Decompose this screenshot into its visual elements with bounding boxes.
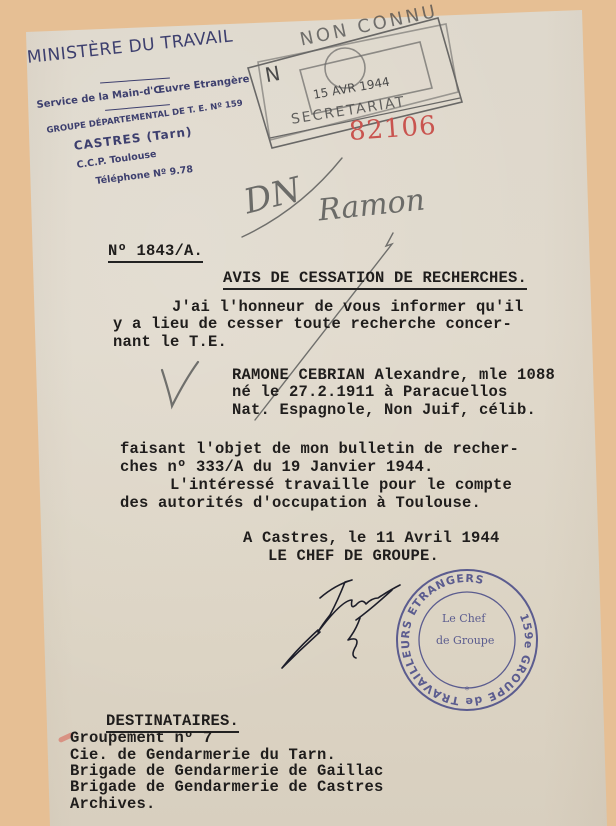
recipient-item-5: Archives. [70, 795, 156, 813]
recipient-item-1: Groupement nº 7 [70, 729, 213, 747]
document-title: AVIS DE CESSATION DE RECHERCHES. [185, 251, 527, 305]
signatory-title: LE CHEF DE GROUPE. [268, 547, 439, 565]
recipient-item-4: Brigade de Gendarmerie de Castres [70, 778, 384, 796]
reference-number: Nº 1843/A. [70, 224, 203, 278]
body-line-3: nant le T.E. [113, 333, 227, 351]
round-stamp-center-line-2: de Groupe [436, 634, 494, 647]
subject-line-1: RAMONE CEBRIAN Alexandre, mle 1088 [232, 366, 555, 384]
followup-line-1: faisant l'objet de mon bulletin de reche… [120, 440, 519, 458]
received-stamp-number: 82106 [348, 111, 438, 147]
round-stamp-center-line-1: Le Chef [442, 612, 485, 625]
document-title-text: AVIS DE CESSATION DE RECHERCHES. [223, 269, 527, 290]
place-date: A Castres, le 11 Avril 1944 [243, 529, 500, 547]
body-line-2: y a lieu de cesser toute recherche conce… [113, 315, 512, 333]
body-line-1: J'ai l'honneur de vous informer qu'il [172, 298, 524, 316]
subject-line-3: Nat. Espagnole, Non Juif, célib. [232, 401, 536, 419]
followup-line-4: des autorités d'occupation à Toulouse. [120, 494, 481, 512]
subject-line-2: né le 27.2.1911 à Paracuellos [232, 383, 508, 401]
followup-line-2: ches nº 333/A du 19 Janvier 1944. [120, 458, 434, 476]
followup-line-3: L'intéressé travaille pour le compte [170, 476, 512, 494]
